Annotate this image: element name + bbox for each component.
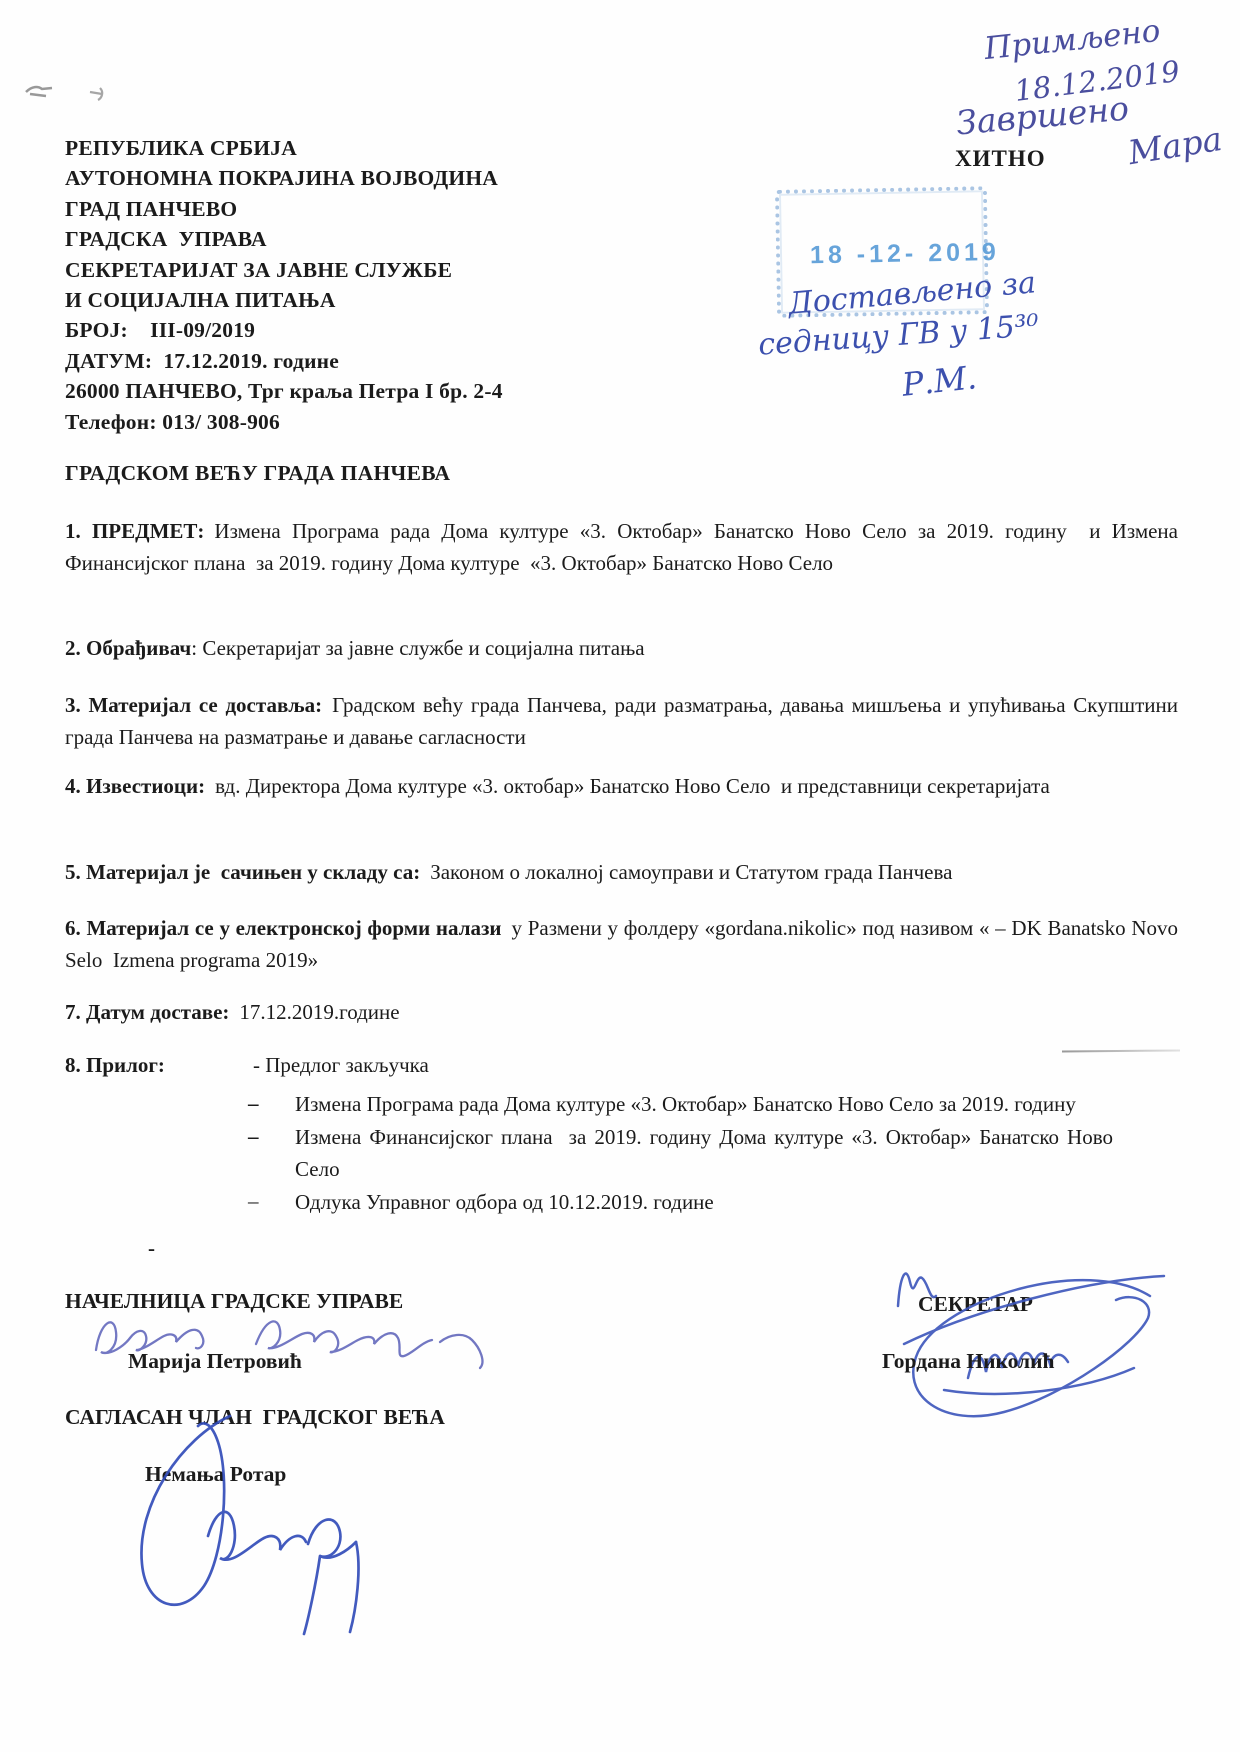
letterhead-line-phone: Телефон: 013/ 308-906 [65,407,503,437]
item-legal-basis: 5. Материјал је сачињен у складу са:Зако… [65,857,1178,889]
letterhead-line-administration: ГРАДСКА УПРАВА [65,224,503,254]
handwritten-delivery-initials: Р.М. [900,358,978,404]
council-member-name: Немања Ротар [145,1462,286,1487]
letterhead-line-secretariat2: И СОЦИЈАЛНА ПИТАЊА [65,285,503,315]
attachment-list-item: –Измена Финансијског плана за 2019. годи… [295,1121,1113,1186]
stray-dash-mark: - [148,1236,155,1261]
item-delivery-date-text: 17.12.2019.године [239,1000,399,1024]
urgent-label: ХИТНО [955,146,1046,172]
item-subject-text: Измена Програма рада Дома културе «3. Ок… [65,519,1178,575]
addressee-line: ГРАДСКОМ ВЕЋУ ГРАДА ПАНЧЕВА [65,461,450,486]
scanned-document-page: Примљено 18.12.2019 Завршено Мара ХИТНО … [0,0,1240,1752]
letterhead-line-city: ГРАД ПАНЧЕВО [65,194,503,224]
item-processor-label: 2. Обрађивач [65,636,191,660]
letterhead-line-republic: РЕПУБЛИКА СРБИЈА [65,133,503,163]
attachment-list-item: –Измена Програма рада Дома културе «3. О… [295,1088,1113,1121]
letterhead-line-secretariat: СЕКРЕТАРИЈАТ ЗА ЈАВНЕ СЛУЖБЕ [65,255,503,285]
item-delivery-date: 7. Датум доставе:17.12.2019.године [65,997,1178,1029]
handwritten-initial-line: Мара [1126,119,1225,172]
item-delivered-to: 3. Материјал се доставља:Градском већу г… [65,690,1178,753]
attachment-item-text: Одлука Управног одбора од 10.12.2019. го… [295,1190,714,1214]
right-signer-title: СЕКРЕТАР [918,1292,1033,1317]
bullet-dash: – [248,1185,259,1218]
item-processor-text: : Секретаријат за јавне службе и социјал… [191,636,644,660]
item-legal-basis-text: Законом о локалној самоуправи и Статутом… [430,860,952,884]
right-signer-name: Гордана Николић [882,1349,1054,1374]
sekretar-signature-ink [882,1248,1170,1446]
item-rapporteurs-text: вд. Директора Дома културе «3. октобар» … [215,774,1050,798]
scan-artifact-smudge [22,80,66,102]
item-attachment-label: 8. Прилог: [65,1053,165,1078]
item-legal-basis-label: 5. Материјал је сачињен у складу са: [65,860,420,884]
attachment-item-text: Измена Програма рада Дома културе «3. Ок… [295,1092,1076,1116]
left-signer-name: Марија Петровић [128,1349,302,1374]
rotar-signature-ink [112,1408,384,1640]
item-rapporteurs-label: 4. Известиоци: [65,774,205,798]
item-subject-label: 1. ПРЕДМЕТ: [65,519,204,543]
attachment-list-item: –Одлука Управног одбора од 10.12.2019. г… [295,1186,1113,1219]
bullet-dash: – [248,1120,259,1153]
council-member-title: САГЛАСАН ЧЛАН ГРАДСКОГ ВЕЋА [65,1405,445,1430]
scan-artifact-smudge [86,84,112,104]
letterhead: РЕПУБЛИКА СРБИЈА АУТОНОМНА ПОКРАЈИНА ВОЈ… [65,133,503,437]
left-signer-title: НАЧЕЛНИЦА ГРАДСКЕ УПРАВЕ [65,1289,403,1314]
date-stamp-date: 18 -12- 2019 [810,238,1000,270]
item-rapporteurs: 4. Известиоци:вд. Директора Дома културе… [65,771,1178,803]
item-delivered-to-label: 3. Материјал се доставља: [65,693,322,717]
item-electronic-form-label: 6. Материјал се у електронској форми нал… [65,916,502,940]
attachment-list: –Измена Програма рада Дома културе «3. О… [295,1088,1113,1218]
pencil-line-artifact [1062,1049,1180,1052]
bullet-dash: – [248,1087,259,1120]
attachment-first-entry: - Предлог закључка [253,1053,429,1078]
handwritten-filed-note-line: Завршено [955,89,1131,143]
item-subject: 1. ПРЕДМЕТ:Измена Програма рада Дома кул… [65,516,1178,579]
item-electronic-form: 6. Материјал се у електронској форми нал… [65,913,1178,976]
letterhead-line-date: ДАТУМ: 17.12.2019. године [65,346,503,376]
item-delivery-date-label: 7. Датум доставе: [65,1000,229,1024]
letterhead-line-province: АУТОНОМНА ПОКРАЈИНА ВОЈВОДИНА [65,163,503,193]
attachment-item-text: Измена Финансијског плана за 2019. годин… [295,1125,1113,1182]
item-processor: 2. Обрађивач: Секретаријат за јавне служ… [65,633,1178,665]
letterhead-line-number: БРОЈ: III-09/2019 [65,315,503,345]
letterhead-line-address: 26000 ПАНЧЕВО, Трг краља Петра I бр. 2-4 [65,376,503,406]
